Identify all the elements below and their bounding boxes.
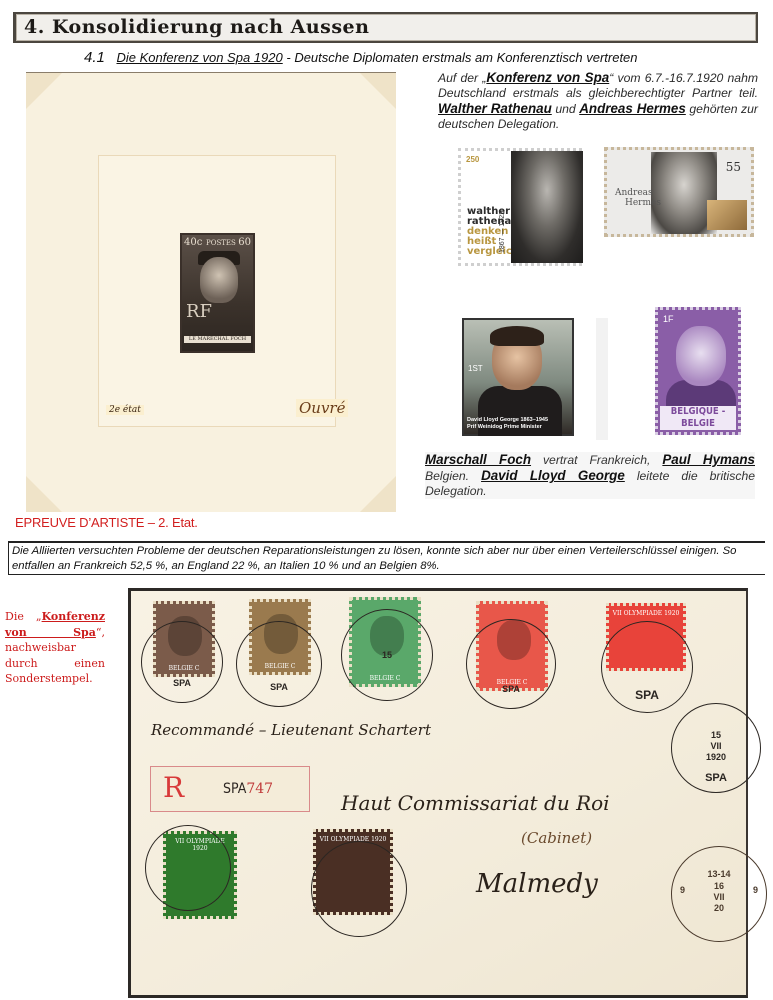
postmark-day: 16 <box>672 881 766 891</box>
name-rathenau: Walther Rathenau <box>438 101 552 116</box>
subsection-title: Die Konferenz von Spa 1920 <box>116 50 282 65</box>
stamp-inset-photo <box>707 200 747 230</box>
postmark-military <box>145 825 231 911</box>
address-line-town: Malmedy <box>476 869 598 899</box>
text: Auf der „ <box>438 71 486 85</box>
subsection-heading: 4.1 Die Konferenz von Spa 1920 - Deutsch… <box>84 49 638 66</box>
link-konferenz: Konferenz von Spa <box>486 70 609 85</box>
text: Prif Weinidog Prime Minister <box>467 424 569 431</box>
subsection-separator: - <box>286 50 290 65</box>
postmark-note: Die „Konferenz von Spa“, nachweisbar dur… <box>5 609 105 687</box>
text: Andreas <box>615 188 661 198</box>
rathenau-stamp: 250 walther rathenau denken heißt vergle… <box>458 148 582 266</box>
portrait-face <box>676 326 726 386</box>
address-line-cabinet: (Cabinet) <box>521 829 592 847</box>
registration-letter: R <box>163 771 184 804</box>
text: David Lloyd George 1863–1945 <box>467 417 569 424</box>
stamp-value: 250 <box>466 155 479 164</box>
reparations-info-box: Die Alliierten versuchten Probleme der d… <box>8 541 765 575</box>
section-title: 4. Konsolidierung nach Aussen <box>24 16 369 38</box>
registration-serial: 747 <box>246 781 273 797</box>
stamp-value: 1F <box>663 314 674 324</box>
postmark-military-clear: 13-14 16 VII 20 9 9 <box>671 846 767 942</box>
postmark-side: 9 <box>753 885 758 895</box>
address-line-recipient: Recommandé – Lieutenant Schartert <box>151 721 431 739</box>
postmark-town: SPA <box>467 684 555 694</box>
state-annotation: 2e état <box>106 405 144 415</box>
postmark-spa: SPA <box>466 619 556 709</box>
hymans-stamp: 1F PAUL HYMANS BELGIQUE - BELGIE <box>655 307 741 435</box>
text: Die „ <box>5 610 42 623</box>
name-hymans: Paul Hymans <box>662 452 755 467</box>
postmark-year: 1920 <box>672 752 760 762</box>
postmark-spa: SPA <box>236 621 322 707</box>
stamp-country: BELGIQUE - BELGIE <box>660 406 736 430</box>
postmark-day: 15 <box>672 730 760 740</box>
text: Belgien. <box>425 469 481 483</box>
postmark-spa: SPA <box>141 621 223 703</box>
foch-stamp-engraving: 40c POSTES 60 RF LE MARÉCHAL FOCH <box>180 233 255 353</box>
stamp-header: POSTES <box>206 239 236 247</box>
postmark-town: SPA <box>672 772 760 784</box>
artist-proof-card: 40c POSTES 60 RF LE MARÉCHAL FOCH 2e éta… <box>26 72 396 512</box>
rf-monogram: RF <box>186 301 212 322</box>
artist-signature: Ouvré <box>296 399 348 417</box>
registration-number: SPA747 <box>223 781 273 797</box>
hermes-stamp: Andreas Hermes 55 <box>604 147 754 237</box>
name-lloyd-george: David Lloyd George <box>481 468 625 483</box>
registration-office: SPA <box>223 781 246 797</box>
registration-label: R SPA747 <box>150 766 310 812</box>
stamp-label: VII OLYMPIADE 1920 <box>611 610 681 617</box>
subsection-number: 4.1 <box>84 49 105 66</box>
corner-mount <box>26 476 62 512</box>
stamp-caption: LE MARÉCHAL FOCH <box>184 336 251 343</box>
postmark-spa: 15 <box>341 609 433 701</box>
corner-mount <box>360 476 396 512</box>
postmark-town: SPA <box>602 688 692 702</box>
name-hermes: Andreas Hermes <box>579 101 686 116</box>
postmark-side: 9 <box>680 885 685 895</box>
rathenau-portrait <box>511 151 583 263</box>
section-header: 4. Konsolidierung nach Aussen <box>13 12 758 43</box>
lloyd-george-stamp: 1ST David Lloyd George 1863–1945 Prif We… <box>462 318 574 436</box>
postmark-day: 15 <box>342 650 432 660</box>
corner-mount <box>26 73 62 109</box>
postmark-month: VII <box>672 741 760 751</box>
postmark-military <box>311 841 407 937</box>
postmark-hours: 13-14 <box>672 869 766 879</box>
text: und <box>552 102 579 116</box>
stamp-value: 55 <box>726 160 741 174</box>
postmark-town: SPA <box>237 682 321 692</box>
name-foch: Marschall Foch <box>425 452 531 467</box>
corner-mount <box>360 73 396 109</box>
proof-caption: EPREUVE D’ARTISTE – 2. Etat. <box>15 515 198 530</box>
delegation-description: Auf der „Konferenz von Spa“ vom 6.7.-16.… <box>438 70 758 132</box>
postmark-town: SPA <box>142 678 222 688</box>
stamp-value: 1ST <box>468 364 483 373</box>
subsection-subtitle: Deutsche Diplomaten erstmals am Konferen… <box>294 50 637 65</box>
stamp-years: 1867 — 1922 <box>499 211 506 253</box>
divider <box>596 318 608 440</box>
stamp-caption: David Lloyd George 1863–1945 Prif Weinid… <box>467 417 569 431</box>
postmark-year: 20 <box>672 903 766 913</box>
delegation-roles: Marschall Foch vertrat Frankreich, Paul … <box>425 452 755 499</box>
postmark-spa-clear: 15 VII 1920 SPA <box>671 703 761 793</box>
postmark-spa: SPA <box>601 621 693 713</box>
portrait-face <box>200 257 238 303</box>
postmark-month: VII <box>672 892 766 902</box>
address-line-office: Haut Commissariat du Roi <box>341 791 610 815</box>
text: vertrat Frankreich, <box>531 453 662 467</box>
registered-cover: BELGIE C BELGIE C BELGIE C BELGIE C VII … <box>128 588 748 998</box>
text: Hermes <box>615 198 661 208</box>
stamp-name: Andreas Hermes <box>615 188 661 208</box>
portrait-hair <box>490 326 544 346</box>
stamp-value-left: 40c <box>184 237 202 248</box>
stamp-value-right: 60 <box>238 237 251 248</box>
